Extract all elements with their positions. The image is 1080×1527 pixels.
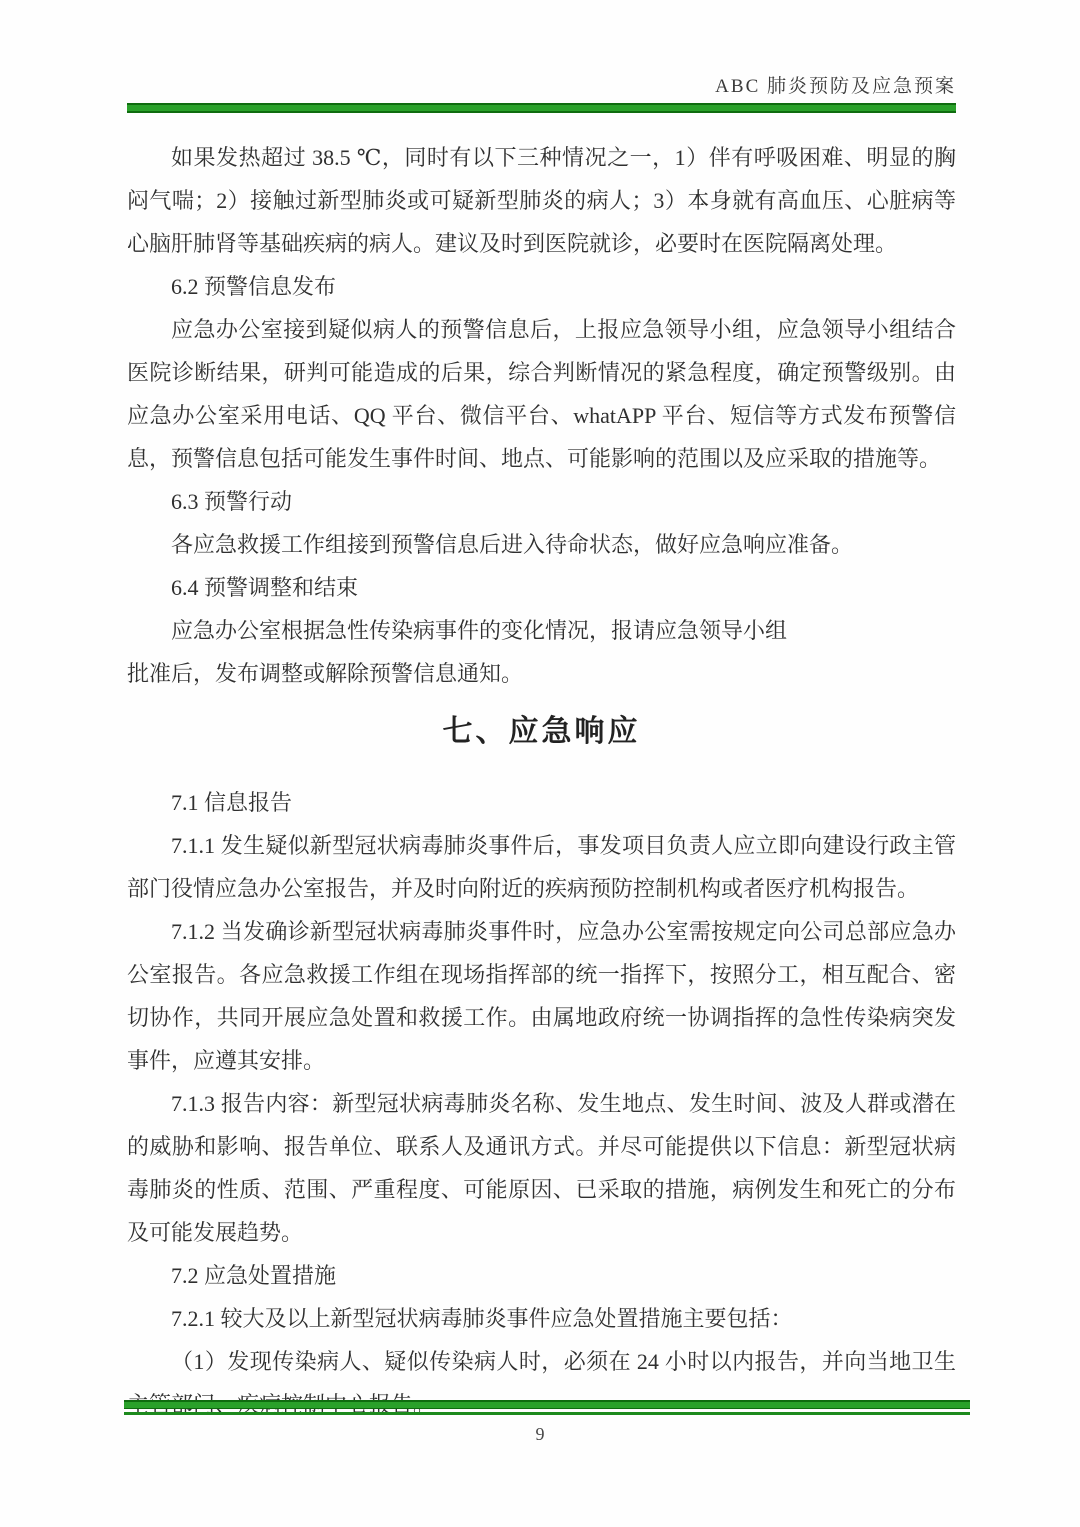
para-7-2-1: 7.2.1 较大及以上新型冠状病毒肺炎事件应急处置措施主要包括： [127,1297,956,1340]
subheading-6-4: 6.4 预警调整和结束 [127,566,956,609]
page-number: 9 [0,1424,1080,1445]
subheading-6-3: 6.3 预警行动 [127,480,956,523]
header-title: ABC 肺炎预防及应急预案 [715,71,956,98]
document-content: 如果发热超过 38.5 ℃，同时有以下三种情况之一，1）伴有呼吸困难、明显的胸闷… [127,136,956,1426]
para-fever-threshold: 如果发热超过 38.5 ℃，同时有以下三种情况之一，1）伴有呼吸困难、明显的胸闷… [127,136,956,265]
footer-divider-thin [124,1412,970,1415]
para-warning-info-release: 应急办公室接到疑似病人的预警信息后，上报应急领导小组，应急领导小组结合医院诊断结… [127,308,956,480]
subheading-7-1: 7.1 信息报告 [127,781,956,824]
para-7-1-2: 7.1.2 当发确诊新型冠状病毒肺炎事件时，应急办公室需按规定向公司总部应急办公… [127,910,956,1082]
header-divider [127,103,956,113]
document-page: ABC 肺炎预防及应急预案 如果发热超过 38.5 ℃，同时有以下三种情况之一，… [0,0,1080,1527]
para-warning-action: 各应急救援工作组接到预警信息后进入待命状态，做好应急响应准备。 [127,523,956,566]
para-7-1-3: 7.1.3 报告内容：新型冠状病毒肺炎名称、发生地点、发生时间、波及人群或潜在的… [127,1082,956,1254]
footer-divider [124,1400,970,1409]
subheading-7-2: 7.2 应急处置措施 [127,1254,956,1297]
para-7-1-1: 7.1.1 发生疑似新型冠状病毒肺炎事件后，事发项目负责人应立即向建设行政主管部… [127,824,956,910]
section-title-7: 七、应急响应 [127,707,956,757]
subheading-6-2: 6.2 预警信息发布 [127,265,956,308]
para-warning-adjust-line2: 批准后，发布调整或解除预警信息通知。 [127,652,956,695]
para-warning-adjust-line1: 应急办公室根据急性传染病事件的变化情况，报请应急领导小组 [127,609,956,652]
